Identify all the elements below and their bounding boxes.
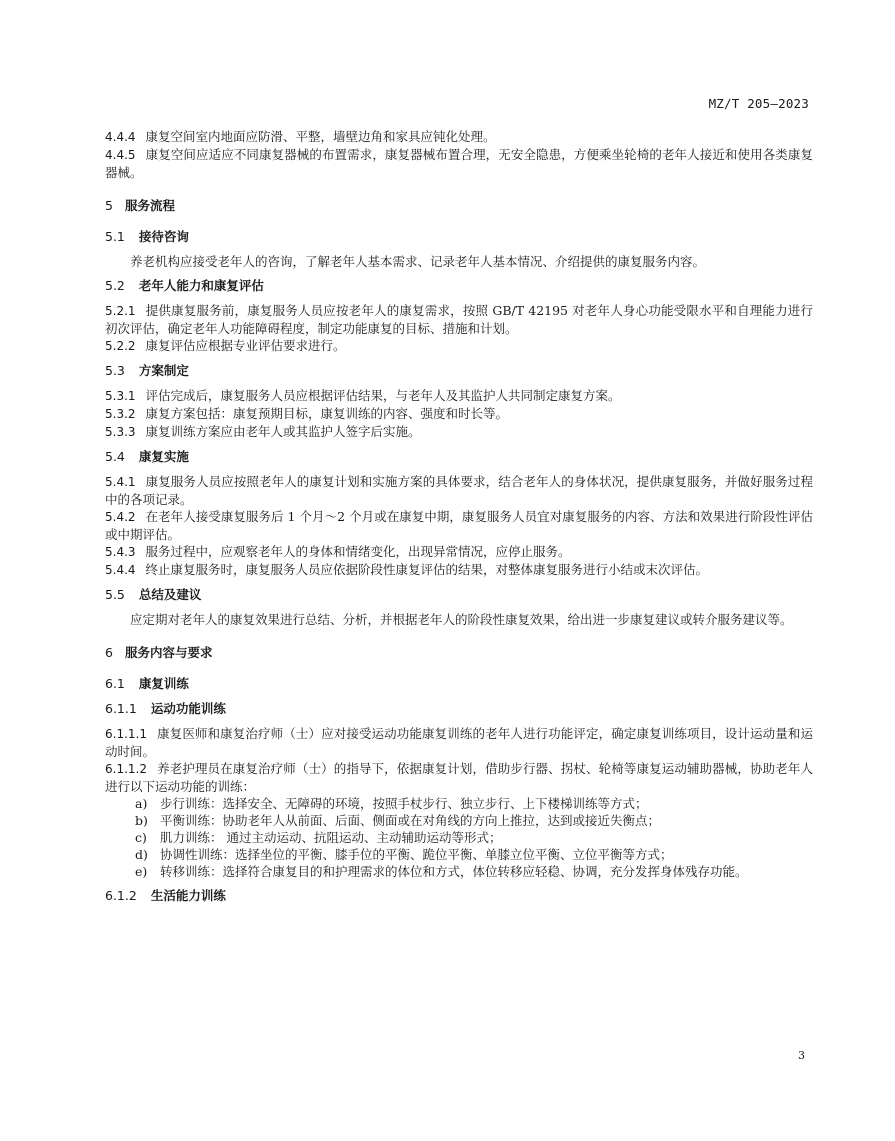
list-item: a)步行训练：选择安全、无障碍的环境，按照手杖步行、独立步行、上下楼梯训练等方式… [105, 795, 813, 812]
clause-number: 5.2.2 [105, 339, 136, 353]
page-number: 3 [798, 1049, 805, 1062]
heading-title: 运动功能训练 [151, 701, 226, 716]
document-code: MZ/T 205—2023 [709, 96, 809, 111]
heading-title: 接待咨询 [139, 229, 189, 244]
heading-5-1: 5.1接待咨询 [105, 228, 813, 245]
list-label: b) [135, 812, 148, 829]
clause-number: 5.4.4 [105, 563, 136, 577]
heading-number: 5.3 [105, 363, 125, 378]
heading-number: 5.2 [105, 278, 125, 293]
list-item: b)平衡训练：协助老年人从前面、后面、侧面或在对角线的方向上推拉，达到或接近失衡… [105, 812, 813, 829]
clause-text: 康复方案包括：康复预期目标，康复训练的内容、强度和时长等。 [146, 406, 509, 421]
list-label: e) [135, 863, 147, 880]
heading-number: 5 [105, 198, 113, 213]
clause-number: 5.3.3 [105, 425, 136, 439]
clause-number: 4.4.5 [105, 148, 136, 162]
clause-text: 康复医师和康复治疗师（士）应对接受运动功能康复训练的老年人进行功能评定，确定康复… [105, 726, 813, 759]
heading-6-1: 6.1康复训练 [105, 675, 813, 692]
clause-text: 康复空间应适应不同康复器械的布置需求，康复器械布置合理，无安全隐患，方便乘坐轮椅… [105, 147, 813, 180]
list-text: 转移训练：选择符合康复目的和护理需求的体位和方式，体位转移应轻稳、协调，充分发挥… [160, 864, 748, 879]
list-item: d)协调性训练：选择坐位的平衡、膝手位的平衡、跪位平衡、单膝立位平衡、立位平衡等… [105, 846, 813, 863]
heading-title: 康复实施 [139, 449, 189, 464]
clause-6-1-1-1: 6.1.1.1康复医师和康复治疗师（士）应对接受运动功能康复训练的老年人进行功能… [105, 725, 813, 760]
heading-number: 6.1.2 [105, 888, 137, 903]
clause-text: 康复评估应根据专业评估要求进行。 [146, 338, 346, 353]
clause-5-3-2: 5.3.2康复方案包括：康复预期目标，康复训练的内容、强度和时长等。 [105, 405, 813, 423]
clause-number: 5.3.1 [105, 389, 136, 403]
clause-number: 4.4.4 [105, 130, 136, 144]
clause-text: 康复服务人员应按照老年人的康复计划和实施方案的具体要求，结合老年人的身体状况，提… [105, 474, 813, 507]
clause-5-2-1: 5.2.1提供康复服务前，康复服务人员应按老年人的康复需求，按照 GB/T 42… [105, 302, 813, 337]
clause-text: 提供康复服务前，康复服务人员应按老年人的康复需求，按照 GB/T 42195 对… [105, 303, 813, 336]
paragraph-5-5: 应定期对老年人的康复效果进行总结、分析，并根据老年人的阶段性康复效果，给出进一步… [105, 611, 813, 628]
list-label: d) [135, 846, 148, 863]
list-item: c)肌力训练： 通过主动运动、抗阻运动、主动辅助运动等形式； [105, 829, 813, 846]
heading-6-1-2: 6.1.2生活能力训练 [105, 887, 813, 904]
clause-5-4-1: 5.4.1康复服务人员应按照老年人的康复计划和实施方案的具体要求，结合老年人的身… [105, 473, 813, 508]
heading-number: 6.1 [105, 676, 125, 691]
clause-number: 5.2.1 [105, 304, 136, 318]
clause-number: 6.1.1.2 [105, 762, 147, 776]
heading-number: 5.1 [105, 229, 125, 244]
heading-number: 5.4 [105, 449, 125, 464]
clause-text: 康复训练方案应由老年人或其监护人签字后实施。 [146, 424, 421, 439]
heading-title: 服务内容与要求 [125, 645, 213, 660]
list-label: c) [135, 829, 147, 846]
heading-section-5: 5服务流程 [105, 197, 813, 214]
clause-6-1-1-2: 6.1.1.2养老护理员在康复治疗师（士）的指导下，依据康复计划，借助步行器、拐… [105, 760, 813, 795]
clause-4-4-5: 4.4.5康复空间应适应不同康复器械的布置需求，康复器械布置合理，无安全隐患，方… [105, 146, 813, 181]
clause-4-4-4: 4.4.4康复空间室内地面应防滑、平整，墙壁边角和家具应钝化处理。 [105, 128, 813, 146]
training-list: a)步行训练：选择安全、无障碍的环境，按照手杖步行、独立步行、上下楼梯训练等方式… [105, 795, 813, 880]
clause-text: 服务过程中，应观察老年人的身体和情绪变化，出现异常情况，应停止服务。 [146, 544, 571, 559]
clause-5-4-3: 5.4.3服务过程中，应观察老年人的身体和情绪变化，出现异常情况，应停止服务。 [105, 543, 813, 561]
heading-5-5: 5.5总结及建议 [105, 586, 813, 603]
heading-number: 5.5 [105, 587, 125, 602]
list-text: 步行训练：选择安全、无障碍的环境，按照手杖步行、独立步行、上下楼梯训练等方式； [160, 796, 648, 811]
clause-number: 5.4.3 [105, 545, 136, 559]
heading-6-1-1: 6.1.1运动功能训练 [105, 700, 813, 717]
clause-text: 在老年人接受康复服务后 1 个月～2 个月或在康复中期，康复服务人员宜对康复服务… [105, 509, 813, 542]
heading-5-4: 5.4康复实施 [105, 448, 813, 465]
clause-number: 5.4.1 [105, 475, 136, 489]
list-text: 协调性训练：选择坐位的平衡、膝手位的平衡、跪位平衡、单膝立位平衡、立位平衡等方式… [160, 847, 673, 862]
clause-text: 评估完成后，康复服务人员应根据评估结果，与老年人及其监护人共同制定康复方案。 [146, 388, 621, 403]
clause-number: 5.3.2 [105, 407, 136, 421]
heading-title: 康复训练 [139, 676, 189, 691]
clause-number: 6.1.1.1 [105, 727, 147, 741]
document-page: MZ/T 205—2023 4.4.4康复空间室内地面应防滑、平整，墙壁边角和家… [0, 0, 895, 1141]
list-text: 平衡训练：协助老年人从前面、后面、侧面或在对角线的方向上推拉，达到或接近失衡点； [160, 813, 660, 828]
document-body: 4.4.4康复空间室内地面应防滑、平整，墙壁边角和家具应钝化处理。 4.4.5康… [105, 128, 813, 912]
clause-text: 养老护理员在康复治疗师（士）的指导下，依据康复计划，借助步行器、拐杖、轮椅等康复… [105, 761, 813, 794]
clause-text: 康复空间室内地面应防滑、平整，墙壁边角和家具应钝化处理。 [146, 129, 496, 144]
list-item: e)转移训练：选择符合康复目的和护理需求的体位和方式，体位转移应轻稳、协调，充分… [105, 863, 813, 880]
heading-section-6: 6服务内容与要求 [105, 644, 813, 661]
heading-title: 总结及建议 [139, 587, 202, 602]
list-text: 肌力训练： 通过主动运动、抗阻运动、主动辅助运动等形式； [160, 830, 501, 845]
clause-5-4-4: 5.4.4终止康复服务时，康复服务人员应依据阶段性康复评估的结果，对整体康复服务… [105, 561, 813, 579]
list-label: a) [135, 795, 147, 812]
paragraph-5-1: 养老机构应接受老年人的咨询，了解老年人基本需求、记录老年人基本情况、介绍提供的康… [105, 253, 813, 270]
clause-5-3-3: 5.3.3康复训练方案应由老年人或其监护人签字后实施。 [105, 423, 813, 441]
heading-title: 老年人能力和康复评估 [139, 278, 264, 293]
clause-5-4-2: 5.4.2在老年人接受康复服务后 1 个月～2 个月或在康复中期，康复服务人员宜… [105, 508, 813, 543]
heading-5-2: 5.2老年人能力和康复评估 [105, 277, 813, 294]
heading-number: 6 [105, 645, 113, 660]
clause-number: 5.4.2 [105, 510, 136, 524]
heading-title: 服务流程 [125, 198, 175, 213]
heading-5-3: 5.3方案制定 [105, 362, 813, 379]
heading-number: 6.1.1 [105, 701, 137, 716]
clause-5-2-2: 5.2.2康复评估应根据专业评估要求进行。 [105, 337, 813, 355]
clause-text: 终止康复服务时，康复服务人员应依据阶段性康复评估的结果，对整体康复服务进行小结或… [146, 562, 709, 577]
clause-5-3-1: 5.3.1评估完成后，康复服务人员应根据评估结果，与老年人及其监护人共同制定康复… [105, 387, 813, 405]
heading-title: 方案制定 [139, 363, 189, 378]
heading-title: 生活能力训练 [151, 888, 226, 903]
